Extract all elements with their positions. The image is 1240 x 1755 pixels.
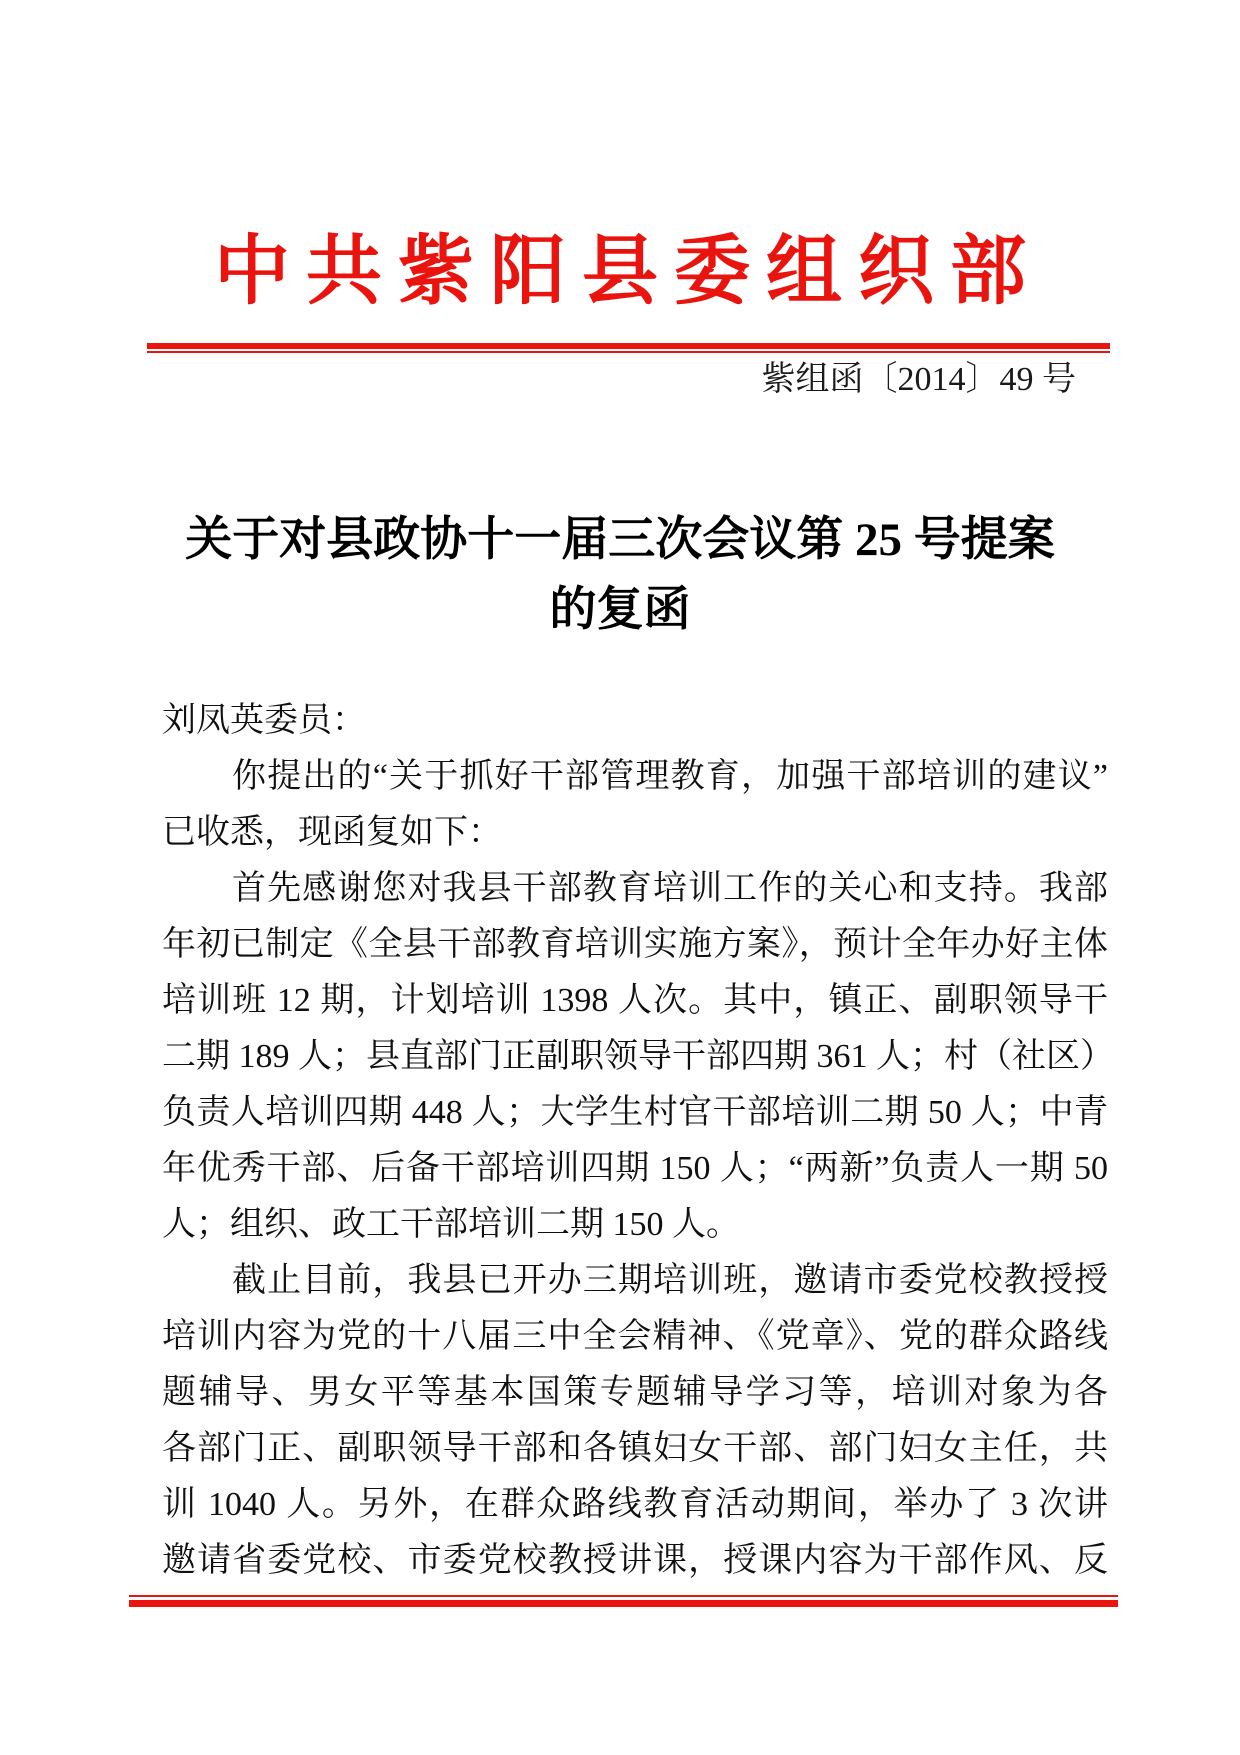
body-line: 邀请省委党校、市委党校教授讲课，授课内容为干部作风、反腐 — [162, 1533, 1108, 1589]
rule-thin-line — [147, 351, 1110, 353]
body-line: 首先感谢您对我县干部教育培训工作的关心和支持。我部在 — [162, 861, 1108, 917]
body-line: 刘凤英委员： — [162, 693, 1108, 749]
body-line: 培训班 12 期，计划培训 1398 人次。其中，镇正、副职领导干部 — [162, 973, 1108, 1029]
body-line: 负责人培训四期 448 人；大学生村官干部培训二期 50 人；中青 — [162, 1085, 1108, 1141]
letterhead-double-rule — [147, 343, 1110, 353]
body-line: 各部门正、副职领导干部和各镇妇女干部、部门妇女主任，共培 — [162, 1421, 1108, 1477]
rule-thick-line — [129, 1600, 1118, 1607]
body-line: 你提出的“关于抓好干部管理教育，加强干部培训的建议” — [162, 749, 1108, 805]
body-line: 题辅导、男女平等基本国策专题辅导学习等，培训对象为各镇、 — [162, 1365, 1108, 1421]
document-title: 关于对县政协十一届三次会议第 25 号提案 的复函 — [0, 505, 1240, 645]
document-reference-number: 紫组函〔2014〕49 号 — [162, 360, 1108, 400]
body-line: 人；组织、政工干部培训二期 150 人。 — [162, 1197, 1108, 1253]
body-line: 培训内容为党的十八届三中全会精神、《党章》、党的群众路线专 — [162, 1309, 1108, 1365]
body-line: 年优秀干部、后备干部培训四期 150 人；“两新”负责人一期 50 — [162, 1141, 1108, 1197]
document-title-line2: 的复函 — [0, 575, 1240, 645]
document-body: 刘凤英委员：你提出的“关于抓好干部管理教育，加强干部培训的建议”已收悉，现函复如… — [162, 693, 1108, 1589]
document-title-line1: 关于对县政协十一届三次会议第 25 号提案 — [0, 505, 1240, 575]
body-line: 二期 189 人；县直部门正副职领导干部四期 361 人；村（社区） — [162, 1029, 1108, 1085]
footer-double-rule — [129, 1595, 1118, 1607]
body-line: 训 1040 人。另外，在群众路线教育活动期间，举办了 3 次讲座， — [162, 1477, 1108, 1533]
body-line: 截止目前，我县已开办三期培训班，邀请市委党校教授授课， — [162, 1253, 1108, 1309]
body-line: 已收悉，现函复如下： — [162, 805, 1108, 861]
body-line: 年初已制定《全县干部教育培训实施方案》，预计全年办好主体 — [162, 917, 1108, 973]
letterhead-org-title: 中共紫阳县委组织部 — [0, 230, 1240, 314]
document-page: 中共紫阳县委组织部 紫组函〔2014〕49 号 关于对县政协十一届三次会议第 2… — [0, 0, 1240, 1755]
